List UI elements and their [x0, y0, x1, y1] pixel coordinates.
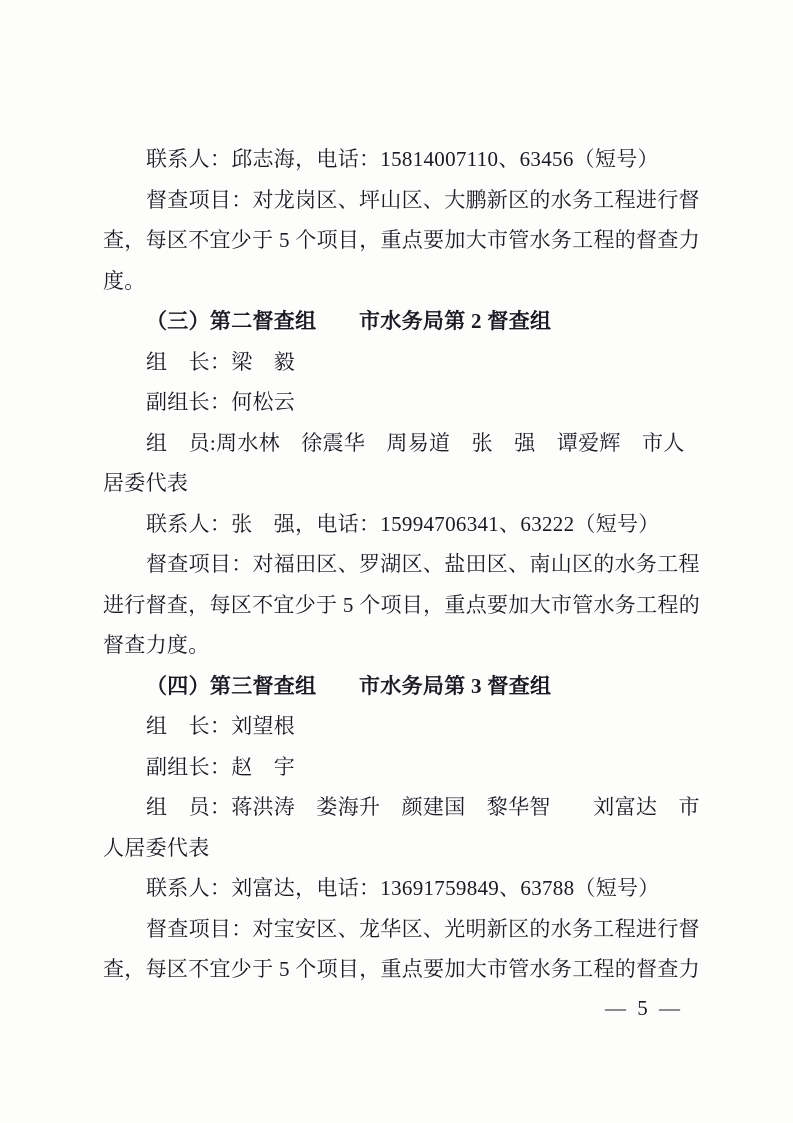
text-line: 督查项目：对龙岗区、坪山区、大鹏新区的水务工程进行督 — [103, 180, 703, 221]
text-line: 组 员：蒋洪涛 娄海升 颜建国 黎华智 刘富达 市 — [103, 787, 703, 828]
text-line: 组 长：梁 毅 — [103, 342, 703, 383]
document-page: 联系人：邱志海，电话：15814007110、63456（短号）督查项目：对龙岗… — [0, 0, 793, 1123]
text-line: 副组长：何松云 — [103, 382, 703, 423]
text-line: （三）第二督查组 市水务局第 2 督查组 — [103, 301, 703, 342]
document-body: 联系人：邱志海，电话：15814007110、63456（短号）督查项目：对龙岗… — [103, 139, 703, 990]
text-line: 组 长：刘望根 — [103, 706, 703, 747]
text-line: 联系人：张 强，电话：15994706341、63222（短号） — [103, 504, 703, 545]
text-line: 人居委代表 — [103, 828, 703, 869]
text-line: （四）第三督查组 市水务局第 3 督查组 — [103, 666, 703, 707]
text-line: 查，每区不宜少于 5 个项目，重点要加大市管水务工程的督查力 — [103, 949, 703, 990]
text-line: 查，每区不宜少于 5 个项目，重点要加大市管水务工程的督查力 — [103, 220, 703, 261]
text-line: 组 员:周水林 徐震华 周易道 张 强 谭爱辉 市人 — [103, 423, 703, 464]
text-line: 进行督查，每区不宜少于 5 个项目，重点要加大市管水务工程的 — [103, 585, 703, 626]
text-line: 联系人：邱志海，电话：15814007110、63456（短号） — [103, 139, 703, 180]
text-line: 督查项目：对福田区、罗湖区、盐田区、南山区的水务工程 — [103, 544, 703, 585]
text-line: 联系人：刘富达，电话：13691759849、63788（短号） — [103, 868, 703, 909]
page-number: — 5 — — [605, 993, 683, 1023]
text-line: 居委代表 — [103, 463, 703, 504]
text-line: 副组长：赵 宇 — [103, 747, 703, 788]
text-line: 督查项目：对宝安区、龙华区、光明新区的水务工程进行督 — [103, 909, 703, 950]
text-line: 度。 — [103, 261, 703, 302]
text-line: 督查力度。 — [103, 625, 703, 666]
